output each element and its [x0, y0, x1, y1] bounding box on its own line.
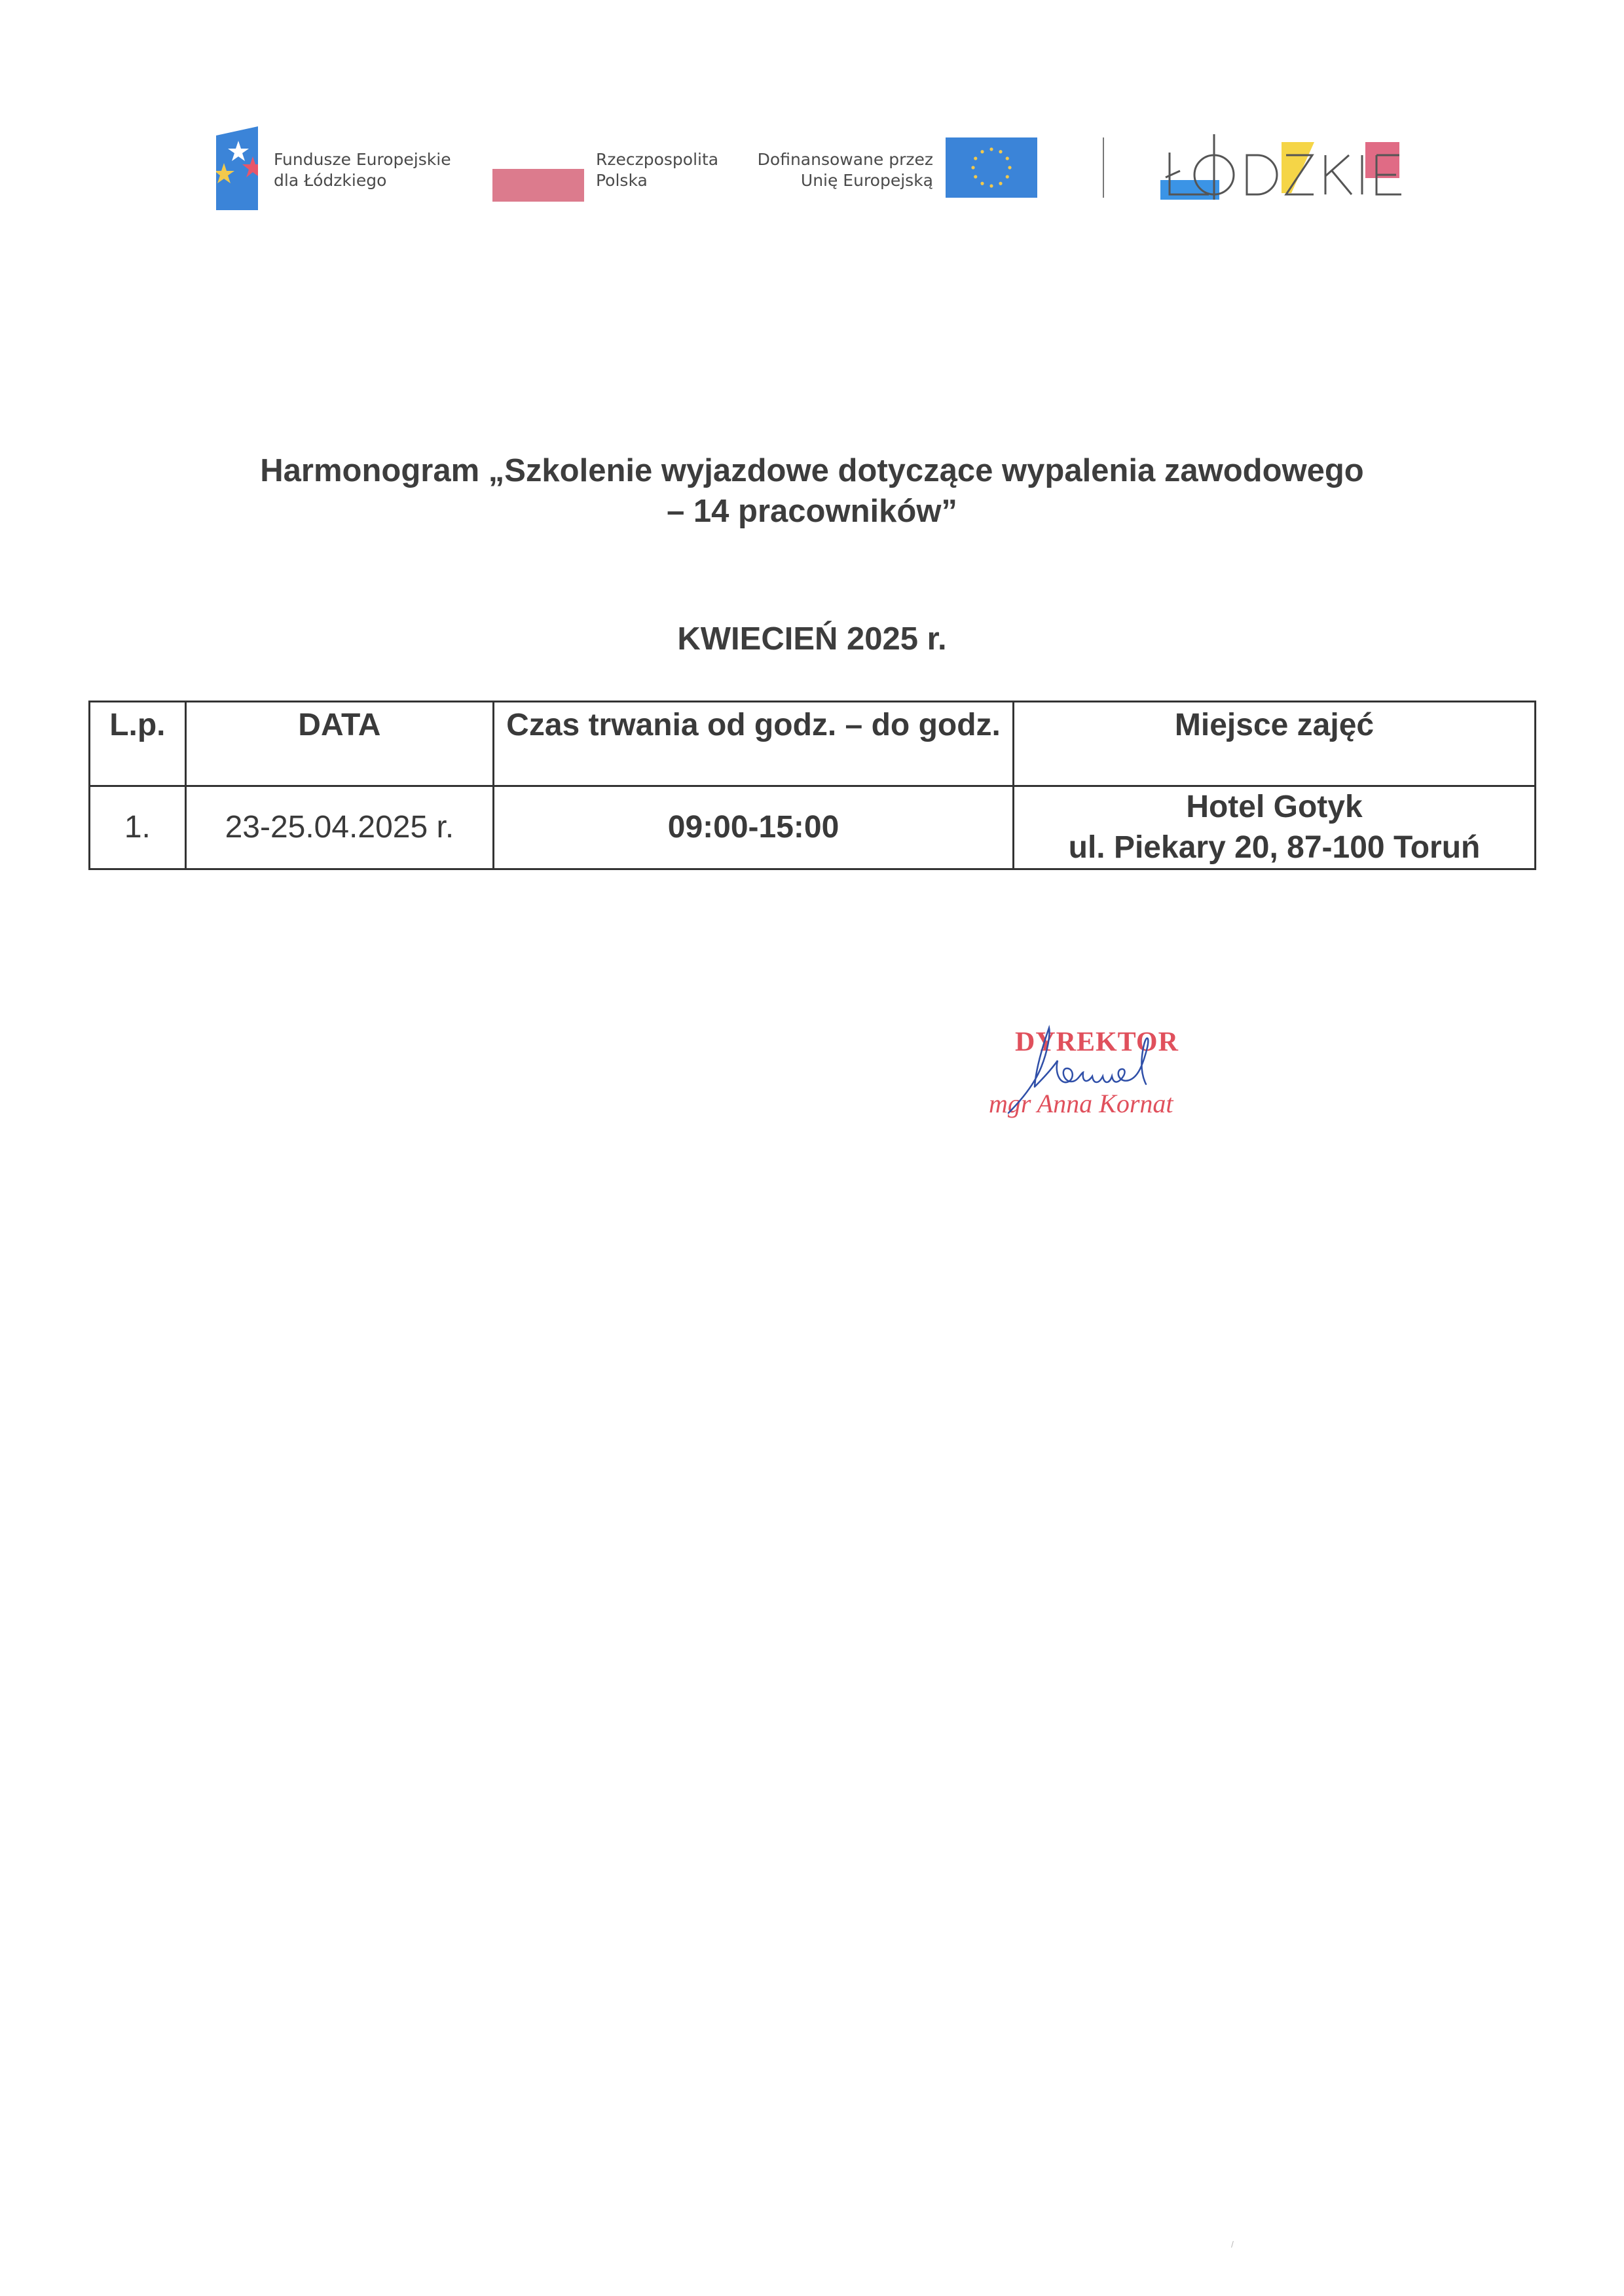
cell-place: Hotel Gotyk ul. Piekary 20, 87-100 Toruń [1014, 786, 1536, 869]
header-time: Czas trwania od godz. – do godz. [494, 702, 1014, 786]
title-line-2: – 14 pracowników” [157, 491, 1467, 532]
document-title: Harmonogram „Szkolenie wyjazdowe dotyczą… [157, 450, 1467, 532]
schedule-table: L.p. DATA Czas trwania od godz. – do god… [88, 701, 1536, 870]
director-stamp: DYREKTOR mgr Anna Kornat [969, 1008, 1244, 1133]
logo-divider [1103, 137, 1104, 198]
eu-line-2: Unię Europejską [733, 170, 933, 191]
place-address: ul. Piekary 20, 87-100 Toruń [1020, 828, 1529, 868]
fundusze-europejskie-text: Fundusze Europejskie dla Łódzkiego [274, 149, 451, 191]
table-row: 1. 23-25.04.2025 r. 09:00-15:00 Hotel Go… [90, 786, 1536, 869]
cell-time: 09:00-15:00 [494, 786, 1014, 869]
cell-date: 23-25.04.2025 r. [185, 786, 493, 869]
polish-flag-icon [492, 169, 584, 202]
scan-mark: / [1231, 2239, 1234, 2250]
cell-lp: 1. [90, 786, 186, 869]
header-place: Miejsce zajęć [1014, 702, 1536, 786]
header-date: DATA [185, 702, 493, 786]
rzeczpospolita-text: Rzeczpospolita Polska [596, 149, 718, 191]
header-lp: L.p. [90, 702, 186, 786]
place-name: Hotel Gotyk [1020, 787, 1529, 828]
eu-line-1: Dofinansowane przez [733, 149, 933, 170]
eu-funding-text: Dofinansowane przez Unię Europejską [733, 149, 933, 191]
fe-line-1: Fundusze Europejskie [274, 149, 451, 170]
logo-bar: Fundusze Europejskie dla Łódzkiego Rzecz… [0, 0, 1624, 236]
table-header-row: L.p. DATA Czas trwania od godz. – do god… [90, 702, 1536, 786]
fe-line-2: dla Łódzkiego [274, 170, 451, 191]
rp-line-2: Polska [596, 170, 718, 191]
lodzkie-logo-icon [1160, 134, 1409, 206]
month-heading: KWIECIEŃ 2025 r. [157, 619, 1467, 659]
title-line-1: Harmonogram „Szkolenie wyjazdowe dotyczą… [157, 450, 1467, 491]
fundusze-europejskie-logo-icon [216, 126, 258, 210]
rp-line-1: Rzeczpospolita [596, 149, 718, 170]
eu-flag-icon [946, 137, 1037, 198]
handwritten-signature-icon [995, 1021, 1192, 1120]
